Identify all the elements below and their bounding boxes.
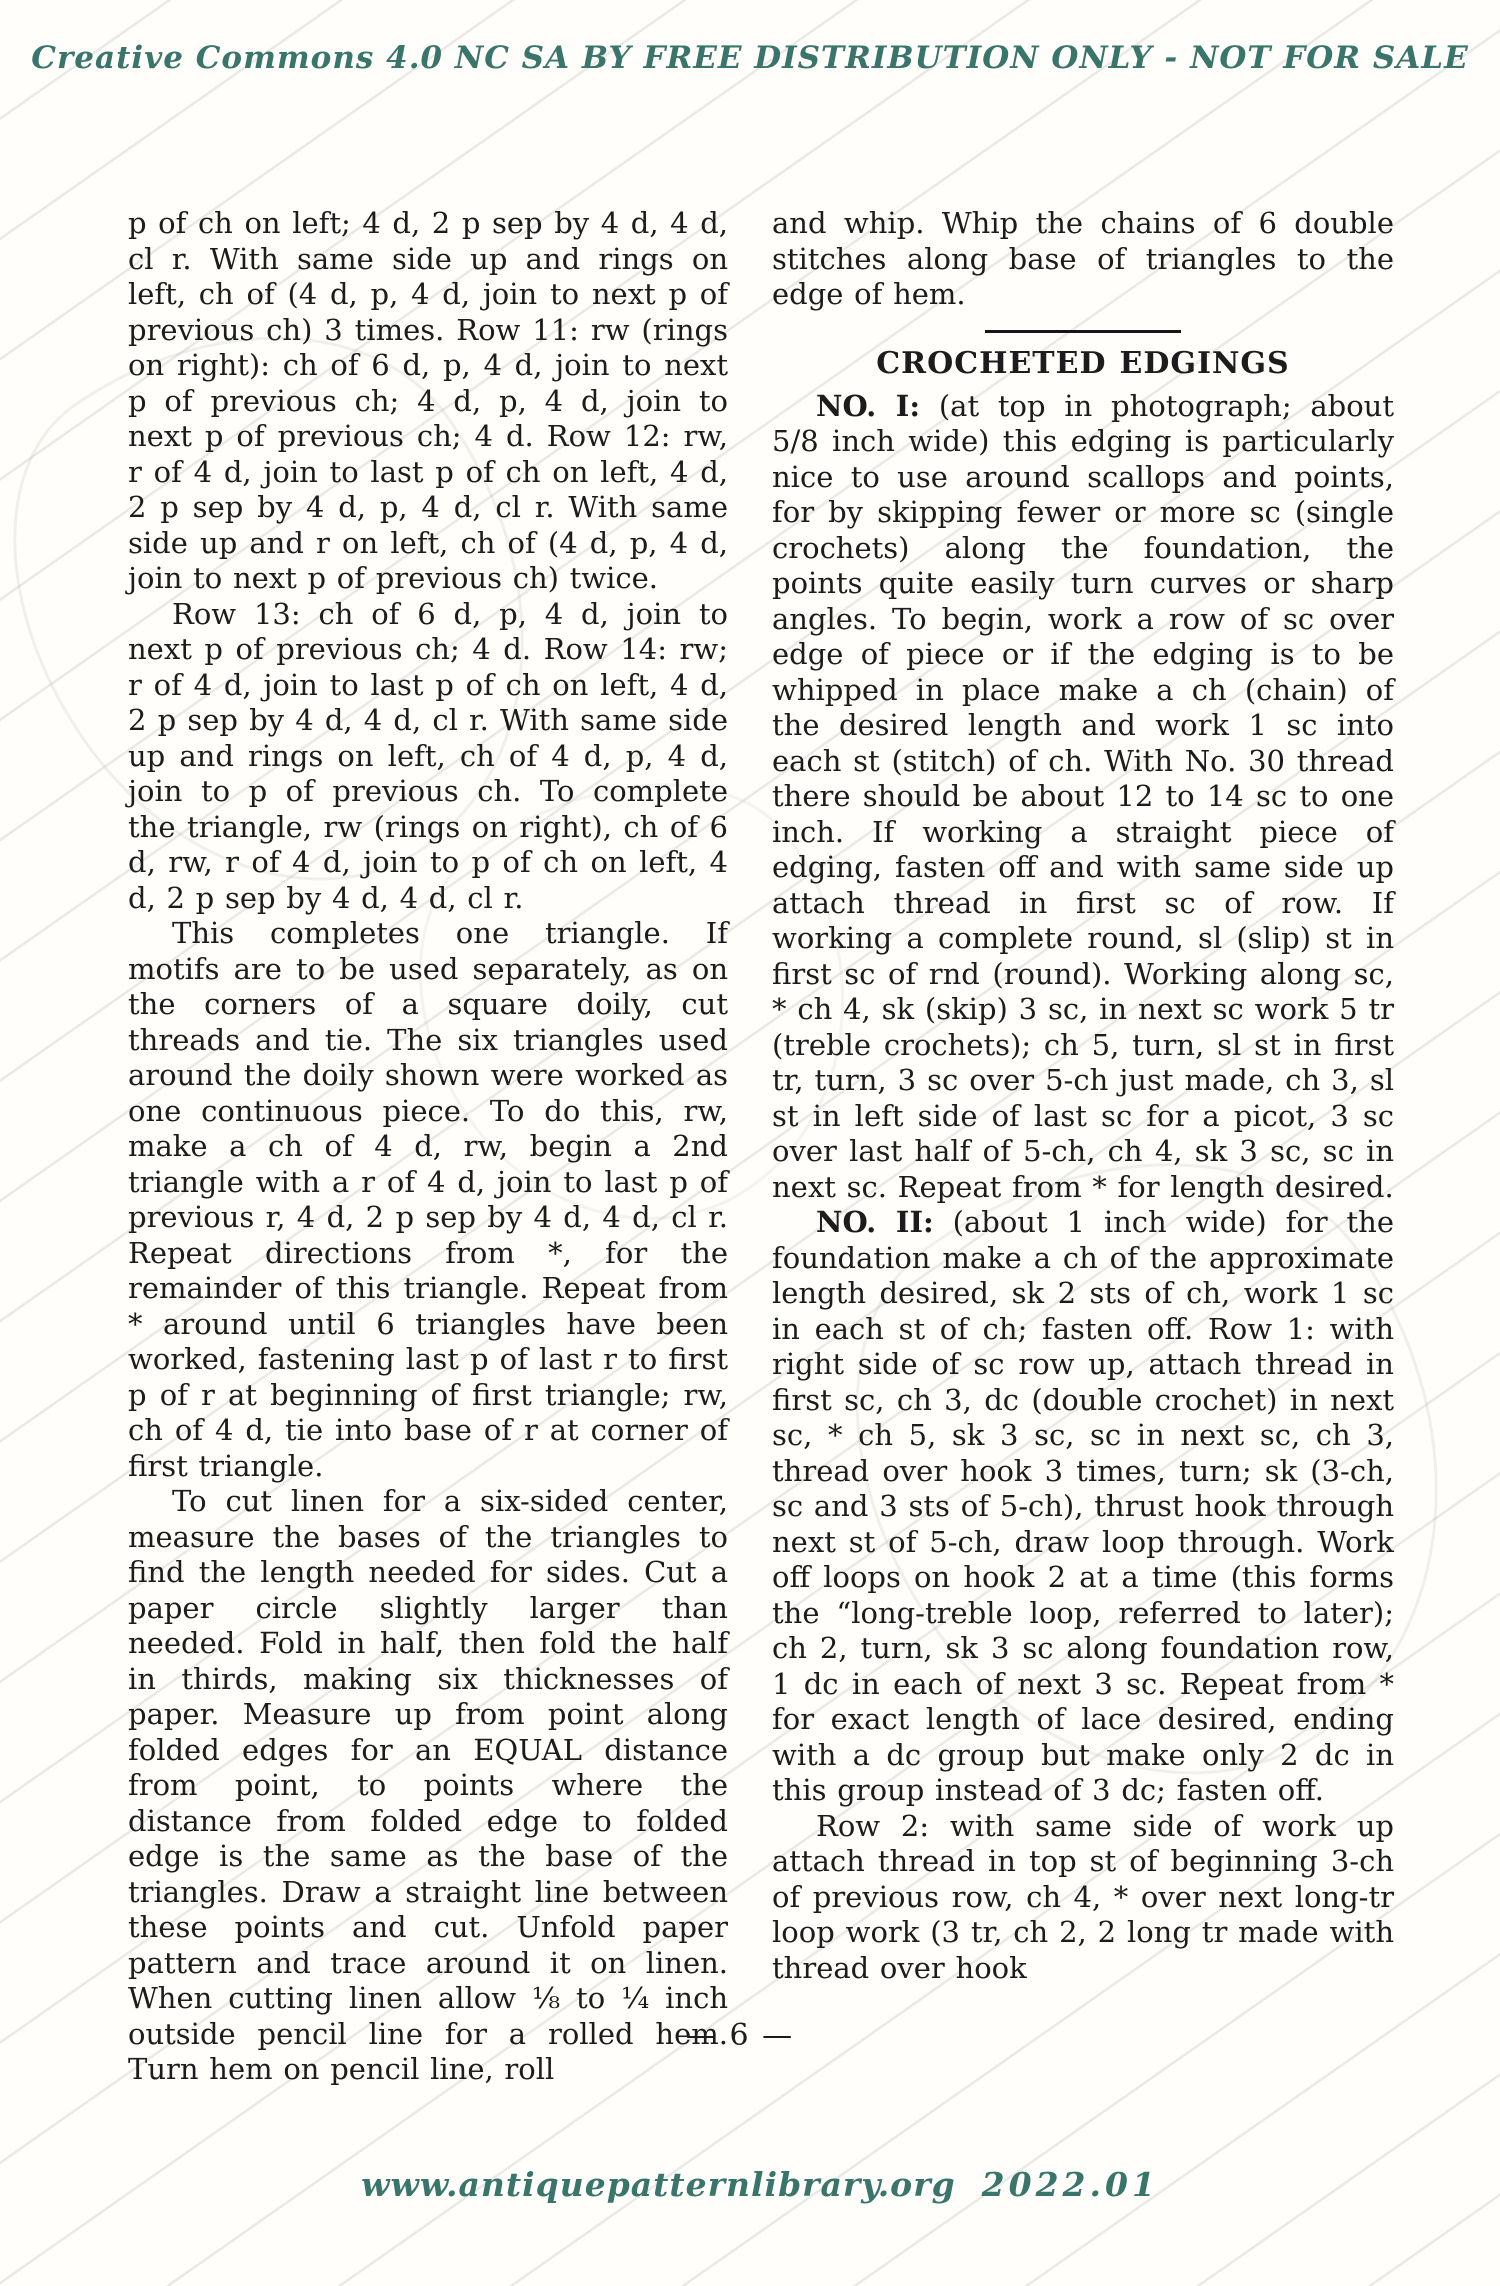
footer-edition: 2022.01 [982,2165,1159,2204]
scanned-page: Creative Commons 4.0 NC SA BY FREE DISTR… [0,0,1500,2286]
paragraph: NO. II: (about 1 inch wide) for the foun… [772,1205,1394,1809]
paragraph: Row 13: ch of 6 d, p, 4 d, join to next … [128,597,728,917]
paragraph: This completes one triangle. If motifs a… [128,916,728,1484]
paragraph-lead: NO. I: [816,389,920,423]
page-number: — 6 — [0,2018,1480,2053]
paragraph-text: (at top in photograph; about 5/8 inch wi… [772,389,1394,1204]
left-column: p of ch on left; 4 d, 2 p sep by 4 d, 4 … [128,206,728,2088]
paragraph: To cut linen for a six-sided center, mea… [128,1484,728,2088]
paragraph-lead: NO. II: [816,1205,934,1239]
license-banner: Creative Commons 4.0 NC SA BY FREE DISTR… [0,40,1500,76]
section-heading: CROCHETED EDGINGS [772,346,1394,382]
paragraph: NO. I: (at top in photograph; about 5/8 … [772,389,1394,1206]
footer-url: www.antiquepatternlibrary.org [361,2165,956,2204]
section-divider [985,330,1181,333]
paragraph: and whip. Whip the chains of 6 double st… [772,206,1394,313]
right-column: and whip. Whip the chains of 6 double st… [772,206,1394,1986]
paragraph: Row 2: with same side of work up attach … [772,1809,1394,1987]
paragraph: p of ch on left; 4 d, 2 p sep by 4 d, 4 … [128,206,728,597]
paragraph-text: (about 1 inch wide) for the foundation m… [772,1205,1394,1807]
footer-credit: www.antiquepatternlibrary.org2022.01 [0,2165,1500,2204]
